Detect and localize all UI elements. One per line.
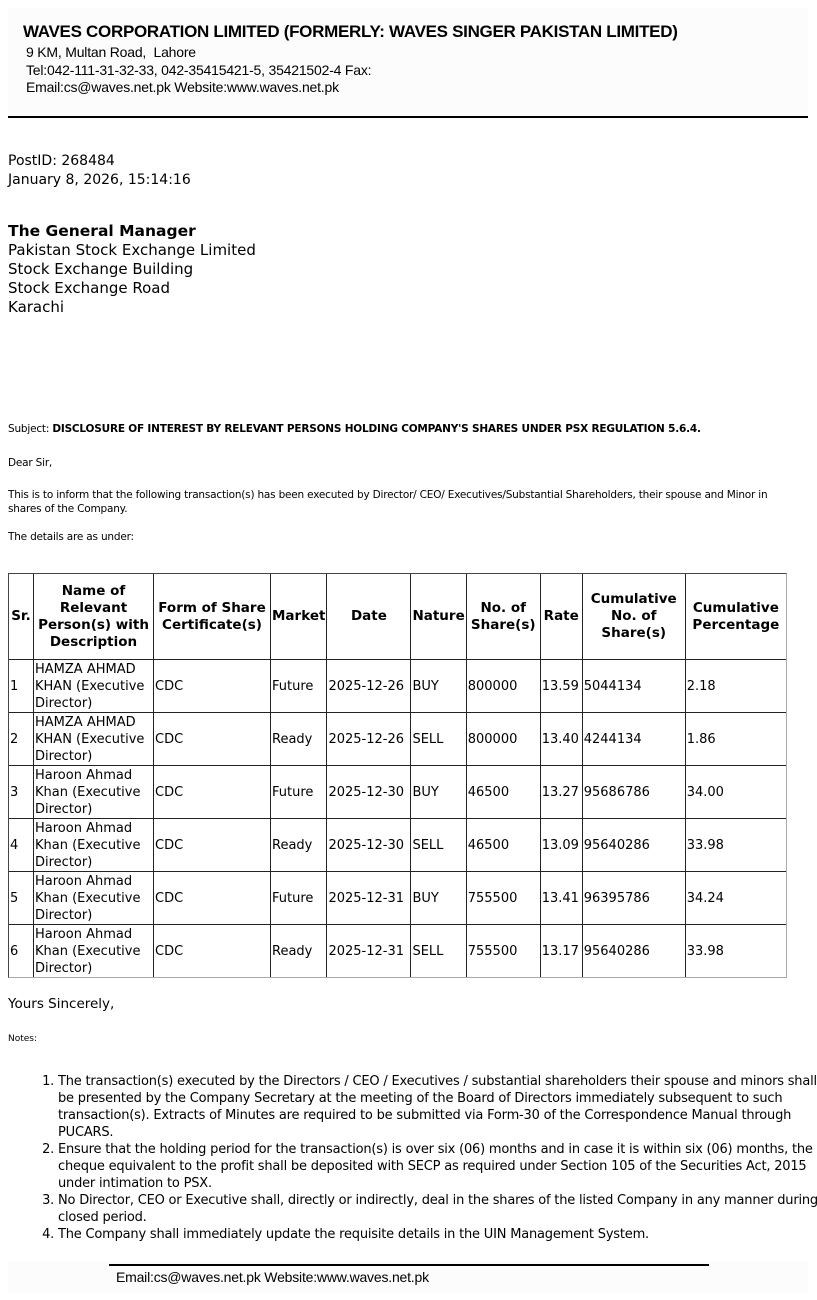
cell-cum-shares: 96395786 [583,872,686,925]
table-row: 3Haroon Ahmad Khan (Executive Director)C… [9,766,786,819]
cell-shares: 800000 [467,713,541,766]
table-row: 2HAMZA AHMAD KHAN (Executive Director)CD… [9,713,786,766]
cell-nature: BUY [411,766,466,819]
notes-list: The transaction(s) executed by the Direc… [20,1073,817,1243]
col-header-date: Date [327,574,411,660]
recipient-title: The General Manager [8,222,256,241]
company-contact: Email:cs@waves.net.pk Website:www.waves.… [26,79,339,95]
cell-nature: SELL [411,819,466,872]
cell-market: Ready [271,819,327,872]
cell-sr: 4 [9,819,34,872]
cell-date: 2025-12-30 [327,819,411,872]
company-address: 9 KM, Multan Road, Lahore [26,44,196,60]
cell-date: 2025-12-30 [327,766,411,819]
cell-shares: 800000 [467,660,541,713]
recipient-address: The General Manager Pakistan Stock Excha… [8,222,256,317]
intro-paragraph: This is to inform that the following tra… [8,488,768,516]
subject-label: Subject: [8,423,49,435]
recipient-line: Karachi [8,298,256,317]
cell-shares: 755500 [467,872,541,925]
cell-market: Future [271,660,327,713]
cell-sr: 3 [9,766,34,819]
col-header-nature: Nature [411,574,466,660]
cell-sr: 5 [9,872,34,925]
col-header-cum-pct: Cumulative Percentage [686,574,786,660]
letter-footer: Email:cs@waves.net.pk Website:www.waves.… [8,1262,808,1294]
recipient-line: Pakistan Stock Exchange Limited [8,241,256,260]
subject-text: DISCLOSURE OF INTEREST BY RELEVANT PERSO… [52,423,700,435]
table-row: 6Haroon Ahmad Khan (Executive Director)C… [9,925,786,977]
transactions-table: Sr. Name of Relevant Person(s) with Desc… [8,573,787,978]
note-item: The transaction(s) executed by the Direc… [58,1073,817,1141]
company-name: WAVES CORPORATION LIMITED (FORMERLY: WAV… [23,22,678,42]
cell-cum-shares: 95640286 [583,819,686,872]
cell-cum-pct: 2.18 [686,660,786,713]
cell-rate: 13.09 [541,819,583,872]
cell-cum-pct: 1.86 [686,713,786,766]
cell-form: CDC [154,819,271,872]
col-header-name: Name of Relevant Person(s) with Descript… [34,574,154,660]
cell-cum-shares: 95640286 [583,925,686,977]
post-meta: PostID: 268484 January 8, 2026, 15:14:16 [8,152,191,190]
letterhead: WAVES CORPORATION LIMITED (FORMERLY: WAV… [8,8,808,116]
cell-market: Ready [271,713,327,766]
table-row: 1HAMZA AHMAD KHAN (Executive Director)CD… [9,660,786,713]
cell-cum-pct: 34.00 [686,766,786,819]
table-row: 4Haroon Ahmad Khan (Executive Director)C… [9,819,786,872]
cell-market: Future [271,872,327,925]
cell-date: 2025-12-31 [327,925,411,977]
cell-rate: 13.27 [541,766,583,819]
cell-market: Ready [271,925,327,977]
salutation: Dear Sir, [8,456,52,470]
col-header-market: Market [271,574,327,660]
recipient-line: Stock Exchange Building [8,260,256,279]
cell-rate: 13.41 [541,872,583,925]
table-header-row: Sr. Name of Relevant Person(s) with Desc… [9,574,786,660]
header-divider [8,116,808,118]
col-header-form: Form of Share Certificate(s) [154,574,271,660]
cell-date: 2025-12-31 [327,872,411,925]
cell-cum-shares: 4244134 [583,713,686,766]
cell-cum-pct: 33.98 [686,819,786,872]
table-row: 5Haroon Ahmad Khan (Executive Director)C… [9,872,786,925]
note-item: Ensure that the holding period for the t… [58,1141,817,1192]
cell-market: Future [271,766,327,819]
post-datetime: January 8, 2026, 15:14:16 [8,171,191,190]
footer-divider [109,1264,709,1266]
cell-nature: BUY [411,660,466,713]
cell-sr: 1 [9,660,34,713]
col-header-rate: Rate [541,574,583,660]
cell-sr: 6 [9,925,34,977]
cell-date: 2025-12-26 [327,713,411,766]
cell-shares: 46500 [467,766,541,819]
cell-form: CDC [154,925,271,977]
cell-name: HAMZA AHMAD KHAN (Executive Director) [34,713,154,766]
col-header-cum-shares: Cumulative No. of Share(s) [583,574,686,660]
footer-contact: Email:cs@waves.net.pk Website:www.waves.… [116,1269,429,1285]
cell-cum-pct: 34.24 [686,872,786,925]
cell-name: Haroon Ahmad Khan (Executive Director) [34,872,154,925]
post-id: PostID: 268484 [8,152,191,171]
cell-rate: 13.59 [541,660,583,713]
cell-form: CDC [154,872,271,925]
cell-cum-shares: 95686786 [583,766,686,819]
cell-sr: 2 [9,713,34,766]
cell-nature: SELL [411,925,466,977]
cell-name: Haroon Ahmad Khan (Executive Director) [34,925,154,977]
cell-cum-shares: 5044134 [583,660,686,713]
subject-line: Subject: DISCLOSURE OF INTEREST BY RELEV… [8,422,701,436]
col-header-shares: No. of Share(s) [467,574,541,660]
cell-cum-pct: 33.98 [686,925,786,977]
company-phone: Tel:042-111-31-32-33, 042-35415421-5, 35… [26,62,371,78]
cell-nature: BUY [411,872,466,925]
cell-rate: 13.17 [541,925,583,977]
cell-name: HAMZA AHMAD KHAN (Executive Director) [34,660,154,713]
notes-label: Notes: [8,1034,37,1044]
cell-nature: SELL [411,713,466,766]
note-item: The Company shall immediately update the… [58,1226,817,1243]
cell-date: 2025-12-26 [327,660,411,713]
recipient-line: Stock Exchange Road [8,279,256,298]
details-intro: The details are as under: [8,530,134,544]
cell-name: Haroon Ahmad Khan (Executive Director) [34,819,154,872]
closing: Yours Sincerely, [8,996,114,1012]
cell-shares: 46500 [467,819,541,872]
col-header-sr: Sr. [9,574,34,660]
note-item: No Director, CEO or Executive shall, dir… [58,1192,817,1226]
cell-shares: 755500 [467,925,541,977]
cell-form: CDC [154,713,271,766]
cell-form: CDC [154,766,271,819]
cell-form: CDC [154,660,271,713]
cell-rate: 13.40 [541,713,583,766]
cell-name: Haroon Ahmad Khan (Executive Director) [34,766,154,819]
